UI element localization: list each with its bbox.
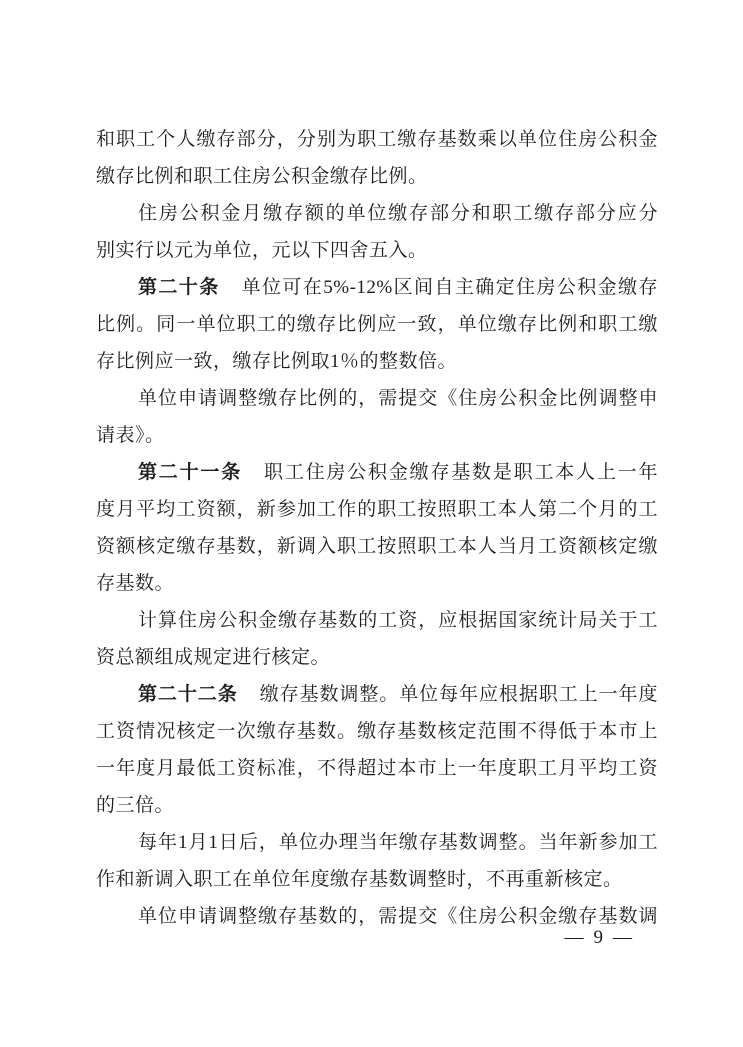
text-line: 别实行以元为单位，元以下四舍五入。 [96, 232, 658, 269]
document-page: 和职工个人缴存部分，分别为职工缴存基数乘以单位住房公积金缴存比例和职工住房公积金… [0, 0, 743, 1047]
text-line: 资总额组成规定进行核定。 [96, 639, 658, 676]
line-text: 资额核定缴存基数，新调入职工按照职工本人当月工资额核定缴 [96, 536, 658, 557]
line-text: 存基数。 [96, 573, 174, 594]
article-line: 第二十一条职工住房公积金缴存基数是职工本人上一年 [96, 454, 658, 491]
article-line: 第二十二条缴存基数调整。单位每年应根据职工上一年度 [96, 676, 658, 713]
footer-dash-right: — [613, 927, 632, 948]
article-number: 第二十条 [138, 277, 220, 298]
document-body: 和职工个人缴存部分，分别为职工缴存基数乘以单位住房公积金缴存比例和职工住房公积金… [96, 121, 658, 935]
line-text: 单位可在5%-12%区间自主确定住房公积金缴存 [242, 277, 658, 298]
line-text: 存比例应一致，缴存比例取1％的整数倍。 [96, 351, 457, 372]
line-text: 和职工个人缴存部分，分别为职工缴存基数乘以单位住房公积金 [96, 129, 658, 150]
article-number: 第二十二条 [138, 684, 238, 705]
text-line: 的三倍。 [96, 787, 658, 824]
text-line: 住房公积金月缴存额的单位缴存部分和职工缴存部分应分 [96, 195, 658, 232]
line-text: 作和新调入职工在单位年度缴存基数调整时，不再重新核定。 [96, 869, 623, 890]
text-line: 请表》。 [96, 417, 658, 454]
line-text: 单位申请调整缴存比例的，需提交《住房公积金比例调整申 [138, 388, 658, 409]
text-line: 作和新调入职工在单位年度缴存基数调整时，不再重新核定。 [96, 861, 658, 898]
line-text: 一年度月最低工资标准，不得超过本市上一年度职工月平均工资 [96, 758, 658, 779]
page-number: 9 [594, 927, 604, 948]
text-line: 单位申请调整缴存比例的，需提交《住房公积金比例调整申 [96, 380, 658, 417]
text-line: 和职工个人缴存部分，分别为职工缴存基数乘以单位住房公积金 [96, 121, 658, 158]
article-number: 第二十一条 [138, 462, 242, 483]
line-text: 住房公积金月缴存额的单位缴存部分和职工缴存部分应分 [138, 203, 658, 224]
text-line: 计算住房公积金缴存基数的工资，应根据国家统计局关于工 [96, 602, 658, 639]
line-text: 缴存基数调整。单位每年应根据职工上一年度 [260, 684, 658, 705]
line-text: 比例。同一单位职工的缴存比例应一致，单位缴存比例和职工缴 [96, 314, 658, 335]
article-line: 第二十条单位可在5%-12%区间自主确定住房公积金缴存 [96, 269, 658, 306]
line-text: 的三倍。 [96, 795, 174, 816]
page-footer: —9— [565, 926, 633, 950]
line-text: 请表》。 [96, 425, 165, 446]
line-text: 每年1月1日后，单位办理当年缴存基数调整。当年新参加工 [138, 832, 658, 853]
text-line: 工资情况核定一次缴存基数。缴存基数核定范围不得低于本市上 [96, 713, 658, 750]
text-line: 比例。同一单位职工的缴存比例应一致，单位缴存比例和职工缴 [96, 306, 658, 343]
line-text: 别实行以元为单位，元以下四舍五入。 [96, 240, 428, 261]
line-text: 计算住房公积金缴存基数的工资，应根据国家统计局关于工 [138, 610, 658, 631]
footer-dash-left: — [565, 927, 584, 948]
line-text: 资总额组成规定进行核定。 [96, 647, 330, 668]
line-text: 度月平均工资额，新参加工作的职工按照职工本人第二个月的工 [96, 499, 658, 520]
text-line: 资额核定缴存基数，新调入职工按照职工本人当月工资额核定缴 [96, 528, 658, 565]
text-line: 存基数。 [96, 565, 658, 602]
text-line: 一年度月最低工资标准，不得超过本市上一年度职工月平均工资 [96, 750, 658, 787]
text-line: 缴存比例和职工住房公积金缴存比例。 [96, 158, 658, 195]
line-text: 职工住房公积金缴存基数是职工本人上一年 [264, 462, 658, 483]
line-text: 单位申请调整缴存基数的，需提交《住房公积金缴存基数调 [138, 906, 658, 927]
text-line: 每年1月1日后，单位办理当年缴存基数调整。当年新参加工 [96, 824, 658, 861]
text-line: 度月平均工资额，新参加工作的职工按照职工本人第二个月的工 [96, 491, 658, 528]
line-text: 缴存比例和职工住房公积金缴存比例。 [96, 166, 428, 187]
text-line: 存比例应一致，缴存比例取1％的整数倍。 [96, 343, 658, 380]
line-text: 工资情况核定一次缴存基数。缴存基数核定范围不得低于本市上 [96, 721, 658, 742]
